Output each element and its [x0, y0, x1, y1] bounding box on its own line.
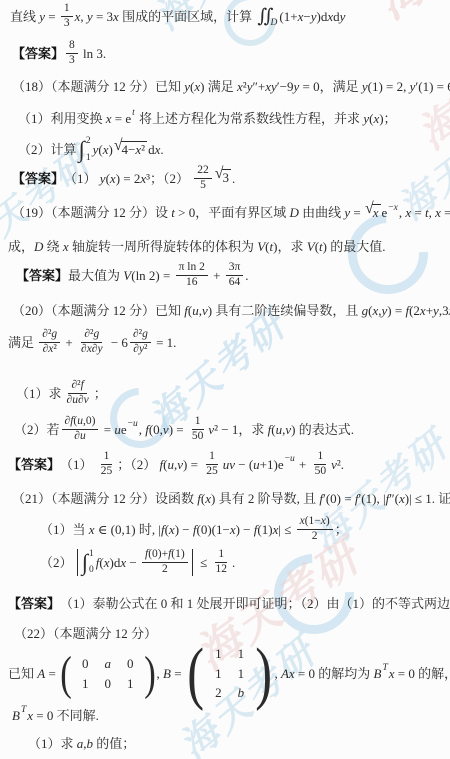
- matrix-cell: 1: [230, 665, 253, 683]
- right-paren-icon: ): [144, 652, 156, 695]
- matrix-cell: 0: [74, 655, 97, 673]
- fraction: 150: [312, 450, 330, 479]
- math-text: +: [62, 334, 76, 352]
- math-text: x, y = 3x 围成的平面区域，计算: [75, 8, 256, 26]
- superscript: t: [132, 107, 135, 120]
- math-text: 满足: [8, 334, 37, 352]
- line-q22-header: （22）（本题满分 12 分）: [14, 625, 157, 643]
- fraction: x(1−x)2: [297, 515, 333, 544]
- line-q20-header: （20）（本题满分 12 分）已知 f(u,v) 具有二阶连续偏导数，且 g(x…: [12, 302, 450, 320]
- math-text: ；: [94, 385, 107, 403]
- matrix-cell: 1: [74, 675, 97, 693]
- line-q19-answer: 【答案】最大值为 V(ln 2) = π ln 216 + 3π64.: [16, 261, 249, 290]
- integral: ∫10: [82, 549, 94, 576]
- math-text: ；（2） f(u,v) =: [117, 456, 201, 474]
- fraction: 112: [213, 548, 231, 577]
- answer-label: 【答案】: [8, 595, 60, 613]
- superscript: T: [21, 704, 26, 717]
- right-paren-icon: ): [255, 642, 272, 705]
- fraction: ∂²g∂x²: [39, 328, 60, 357]
- math-text: （19）（本题满分 12 分）设 t > 0，平面有界区域 D 由曲线 y =: [12, 204, 364, 222]
- integral: ∫21: [79, 136, 91, 163]
- math-text: v².: [331, 456, 344, 474]
- math-text: 将上述方程化为常系数线性方程，并求 y(x)；: [136, 110, 397, 128]
- double-integral: ∬D: [257, 7, 277, 26]
- math-text: , x = t, x = 2t 及 x 轴围: [399, 204, 450, 222]
- left-paren-icon: (: [60, 652, 72, 695]
- math-text: （1） y(x) = 2x³；（2）: [64, 170, 192, 188]
- matrix-cell: 2: [207, 684, 230, 702]
- matrix-cell: 0: [97, 675, 120, 693]
- line-q18-header: （18）（本题满分 12 分）已知 y(x) 满足 x²y″+xy′−9y = …: [12, 78, 450, 96]
- math-text: 成，D 绕 x 轴旋转一周所得旋转体的体积为 V(t)，求 V(t) 的最大值.: [8, 238, 386, 256]
- line-q18-part1: （1）利用变换 x = et 将上述方程化为常系数线性方程，并求 y(x)；: [18, 110, 397, 128]
- fraction: 125: [203, 450, 221, 479]
- line-q22-part1: （1）求 a,b 的值；: [28, 735, 135, 753]
- math-text: （22）（本题满分 12 分）: [14, 625, 157, 643]
- line-q18-part2: （2）计算∫21y(x)√4−x²dx.: [18, 136, 164, 163]
- document-page: 海天考研海天考研海天考研海天考研海天考研海天考研海天考研海天考研海天考研 直线 …: [0, 0, 450, 759]
- math-text: （1）当 x ∈ (0,1) 时, |f(x) − f(0)(1−x) − f(…: [40, 521, 295, 539]
- superscript: T: [382, 662, 387, 675]
- fraction: 150: [189, 415, 207, 444]
- fraction: 3π64: [226, 261, 244, 290]
- math-text: dx.: [148, 141, 164, 159]
- math-text: （1）: [60, 456, 96, 474]
- fraction: 83: [66, 39, 78, 68]
- math-text: uv − (u+1)e: [223, 456, 284, 474]
- line-q21-part2: （2）∫10f(x)dx − f(0)+f(1)2 ≤ 112.: [40, 548, 235, 577]
- line-q18-answer: 【答案】（1） y(x) = 2x³；（2） 225√3.: [12, 164, 235, 193]
- fraction: π ln 216: [176, 261, 208, 290]
- math-text: , Ax = 0 的解均为 B: [274, 665, 381, 683]
- fraction: ∂²g∂x∂y: [78, 328, 106, 357]
- math-text: e: [382, 204, 388, 222]
- math-text: （1）求: [16, 385, 62, 403]
- fraction: 125: [98, 450, 116, 479]
- math-text: (1+x−y)dxdy: [279, 8, 345, 26]
- fraction: ∂f(u,0)∂u: [62, 415, 99, 444]
- math-text: ；: [335, 521, 348, 539]
- answer-label: 【答案】: [12, 170, 64, 188]
- content-lines: 直线 y = 13x, y = 3x 围成的平面区域，计算 ∬D(1+x−y)d…: [0, 0, 450, 759]
- math-text: （2）: [40, 554, 73, 572]
- matrix-cell: b: [230, 684, 253, 702]
- line-q19-body2: 成，D 绕 x 轴旋转一周所得旋转体的体积为 V(t)，求 V(t) 的最大值.: [8, 238, 386, 256]
- math-text: +: [210, 267, 224, 285]
- math-text: （2）计算: [18, 141, 77, 159]
- answer-label: 【答案】: [12, 45, 64, 63]
- math-text: , f(0,v) =: [139, 421, 187, 439]
- math-text: （21）（本题满分 12 分）设函数 f(x) 具有 2 阶导数, 且 f′(0…: [12, 490, 450, 508]
- math-text: − 6: [108, 334, 128, 352]
- fraction: 225: [194, 164, 212, 193]
- matrix: (0a0101): [61, 652, 154, 695]
- math-text: v² − 1，求 f(u,v) 的表达式.: [208, 421, 354, 439]
- fraction: f(0)+f(1)2: [142, 548, 188, 577]
- line-q21-answer: 【答案】（1）泰勒公式在 0 和 1 处展开即可证明；（2）由（1）的不等式两边…: [8, 595, 450, 613]
- matrix-cell: 1: [207, 645, 230, 663]
- integral-icon: ∫: [79, 138, 85, 161]
- math-text: （2）若: [14, 421, 60, 439]
- line-q21-part1: （1）当 x ∈ (0,1) 时, |f(x) − f(0)(1−x) − f(…: [40, 515, 348, 544]
- line-q20-part2: （2）若∂f(u,0)∂u = ue−u, f(0,v) = 150v² − 1…: [14, 415, 354, 444]
- matrix-cell: 1: [207, 665, 230, 683]
- left-paren-icon: (: [187, 642, 204, 705]
- matrix-cell: a: [97, 655, 120, 673]
- math-text: （18）（本题满分 12 分）已知 y(x) 满足 x²y″+xy′−9y = …: [12, 78, 450, 96]
- integral-icon: ∫: [82, 551, 88, 574]
- matrix-cell: 1: [119, 675, 142, 693]
- matrix: (11112b): [187, 642, 273, 705]
- sqrt-expression: √4−x²: [114, 141, 147, 159]
- math-text: ≤: [197, 554, 211, 572]
- math-text: ln 3.: [80, 45, 106, 63]
- math-text: .: [245, 267, 248, 285]
- fraction: ∂²f∂u∂v: [64, 379, 92, 408]
- line-q22-body2: BTx = 0 不同解.: [12, 707, 99, 725]
- math-text: f(x)dx −: [96, 554, 140, 572]
- sqrt-expression: √3: [215, 169, 231, 187]
- math-text: .: [232, 554, 235, 572]
- math-text: = 1.: [153, 334, 177, 352]
- answer-label: 【答案】: [8, 456, 60, 474]
- math-text: （20）（本题满分 12 分）已知 f(u,v) 具有二阶连续偏导数，且 g(x…: [12, 302, 450, 320]
- math-text: 直线 y =: [10, 8, 59, 26]
- math-text: x = 0 的解，但 Ax = 0 与: [389, 665, 450, 683]
- superscript: −x: [388, 202, 398, 215]
- superscript: −u: [285, 453, 295, 466]
- math-text: （1）利用变换 x = e: [18, 110, 131, 128]
- line-q20-answer: 【答案】（1） 125；（2） f(u,v) = 125uv − (u+1)e−…: [8, 450, 344, 479]
- line-q17-region: 直线 y = 13x, y = 3x 围成的平面区域，计算 ∬D(1+x−y)d…: [10, 2, 345, 31]
- math-text: （1）泰勒公式在 0 和 1 处展开即可证明；（2）由（1）的不等式两边积分即可…: [60, 595, 450, 613]
- line-q20-equation: 满足 ∂²g∂x² + ∂²g∂x∂y − 6∂²g∂y² = 1.: [8, 328, 176, 357]
- fraction: ∂²g∂y²: [130, 328, 151, 357]
- line-q19-header: （19）（本题满分 12 分）设 t > 0，平面有界区域 D 由曲线 y = …: [12, 204, 450, 222]
- line-q22-matrices: 已知 A = (0a0101), B = (11112b), Ax = 0 的解…: [8, 642, 450, 705]
- absolute-value: ∫10f(x)dx − f(0)+f(1)2: [75, 548, 195, 577]
- math-text: 最大值为 V(ln 2) =: [68, 267, 174, 285]
- math-text: .: [232, 170, 235, 188]
- line-q17-answer: 【答案】83 ln 3.: [12, 39, 106, 68]
- matrix-cell: 0: [119, 655, 142, 673]
- math-text: y(x): [93, 141, 113, 159]
- sqrt-expression: √x: [365, 204, 381, 222]
- math-text: 已知 A =: [8, 665, 59, 683]
- math-text: x = 0 不同解.: [27, 707, 99, 725]
- math-text: , B =: [157, 665, 185, 683]
- line-q20-part1: （1）求∂²f∂u∂v；: [16, 379, 107, 408]
- math-text: = ue: [100, 421, 126, 439]
- fraction: 13: [61, 2, 73, 31]
- superscript: −u: [128, 418, 138, 431]
- matrix-cell: 1: [230, 645, 253, 663]
- math-text: +: [296, 456, 310, 474]
- line-q21-header: （21）（本题满分 12 分）设函数 f(x) 具有 2 阶导数, 且 f′(0…: [12, 490, 450, 508]
- math-text: （1）求 a,b 的值；: [28, 735, 135, 753]
- answer-label: 【答案】: [16, 267, 68, 285]
- math-text: B: [12, 707, 20, 725]
